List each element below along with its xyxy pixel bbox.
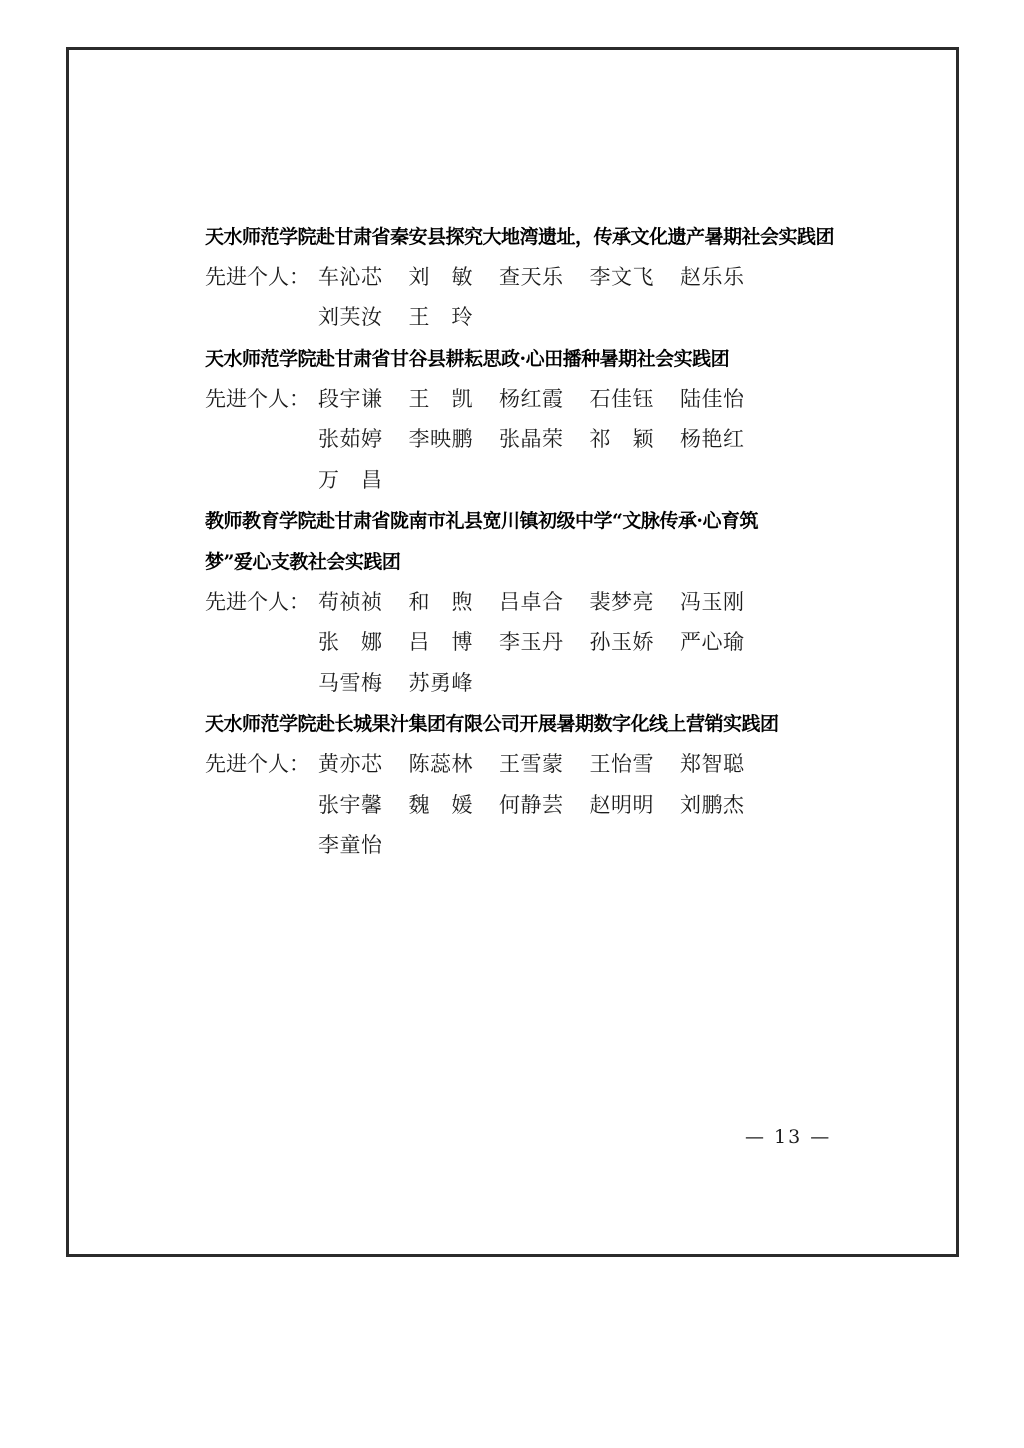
people-row: 先进个人：段宇谦王 凯杨红霞石佳钰陆佳怡 [205,377,839,418]
people-row: 李童怡 [205,824,839,865]
person-name: 赵乐乐 [680,261,745,291]
practice-team-section: 教师教育学院赴甘肃省陇南市礼县宽川镇初级中学“文脉传承·心育筑梦”爱心支教社会实… [205,499,839,702]
person-name: 陆佳怡 [680,383,745,413]
person-name: 王 玲 [409,301,474,331]
person-name: 何静芸 [499,789,564,819]
person-name: 魏 媛 [409,789,474,819]
people-label: 先进个人： [205,748,318,778]
people-label: 先进个人： [205,261,318,291]
person-name: 李映鹏 [409,423,474,453]
person-name: 张茹婷 [318,423,383,453]
person-name: 刘鹏杰 [680,789,745,819]
person-name: 和 煦 [409,586,474,616]
person-name: 孙玉娇 [590,626,655,656]
person-name: 张宇馨 [318,789,383,819]
names-group: 张 娜吕 博李玉丹孙玉娇严心瑜 [318,626,745,656]
person-name: 严心瑜 [680,626,745,656]
person-name: 裴梦亮 [590,586,655,616]
person-name: 查天乐 [499,261,564,291]
names-group: 车沁芯刘 敏查天乐李文飞赵乐乐 [318,261,745,291]
person-name: 吕卓合 [499,586,564,616]
people-row: 马雪梅苏勇峰 [205,662,839,703]
person-name: 吕 博 [409,626,474,656]
person-name: 杨红霞 [499,383,564,413]
people-row: 先进个人：黄亦芯陈蕊林王雪蒙王怡雪郑智聪 [205,743,839,784]
document-page: 天水师范学院赴甘肃省秦安县探究大地湾遗址，传承文化遗产暑期社会实践团先进个人：车… [0,0,1024,1448]
person-name: 李童怡 [318,829,383,859]
person-name: 苏勇峰 [409,667,474,697]
person-name: 张 娜 [318,626,383,656]
person-name: 苟祯祯 [318,586,383,616]
person-name: 李文飞 [590,261,655,291]
section-title-line: 天水师范学院赴长城果汁集团有限公司开展暑期数字化线上营销实践团 [205,702,839,743]
practice-team-section: 天水师范学院赴甘肃省甘谷县耕耘思政·心田播种暑期社会实践团先进个人：段宇谦王 凯… [205,337,839,499]
person-name: 黄亦芯 [318,748,383,778]
people-label: 先进个人： [205,383,318,413]
practice-team-section: 天水师范学院赴甘肃省秦安县探究大地湾遗址，传承文化遗产暑期社会实践团先进个人：车… [205,215,839,337]
section-title-line: 天水师范学院赴甘肃省甘谷县耕耘思政·心田播种暑期社会实践团 [205,337,839,378]
section-title-line: 梦”爱心支教社会实践团 [205,540,839,581]
person-name: 祁 颖 [590,423,655,453]
people-label: 先进个人： [205,586,318,616]
person-name: 杨艳红 [680,423,745,453]
names-group: 李童怡 [318,829,383,859]
person-name: 郑智聪 [680,748,745,778]
people-row: 张宇馨魏 媛何静芸赵明明刘鹏杰 [205,783,839,824]
person-name: 刘 敏 [409,261,474,291]
people-row: 先进个人：苟祯祯和 煦吕卓合裴梦亮冯玉刚 [205,580,839,621]
names-group: 段宇谦王 凯杨红霞石佳钰陆佳怡 [318,383,745,413]
section-title-line: 天水师范学院赴甘肃省秦安县探究大地湾遗址，传承文化遗产暑期社会实践团 [205,215,839,256]
names-group: 苟祯祯和 煦吕卓合裴梦亮冯玉刚 [318,586,745,616]
person-name: 石佳钰 [590,383,655,413]
person-name: 车沁芯 [318,261,383,291]
people-row: 张 娜吕 博李玉丹孙玉娇严心瑜 [205,621,839,662]
person-name: 万 昌 [318,464,383,494]
person-name: 王怡雪 [590,748,655,778]
person-name: 陈蕊林 [409,748,474,778]
names-group: 张宇馨魏 媛何静芸赵明明刘鹏杰 [318,789,745,819]
document-content: 天水师范学院赴甘肃省秦安县探究大地湾遗址，传承文化遗产暑期社会实践团先进个人：车… [205,215,839,865]
person-name: 马雪梅 [318,667,383,697]
person-name: 张晶荣 [499,423,564,453]
person-name: 段宇谦 [318,383,383,413]
names-group: 马雪梅苏勇峰 [318,667,473,697]
person-name: 冯玉刚 [680,586,745,616]
names-group: 张茹婷李映鹏张晶荣祁 颖杨艳红 [318,423,745,453]
names-group: 万 昌 [318,464,383,494]
person-name: 王 凯 [409,383,474,413]
practice-team-section: 天水师范学院赴长城果汁集团有限公司开展暑期数字化线上营销实践团先进个人：黄亦芯陈… [205,702,839,864]
people-row: 万 昌 [205,459,839,500]
people-row: 先进个人：车沁芯刘 敏查天乐李文飞赵乐乐 [205,256,839,297]
section-title-line: 教师教育学院赴甘肃省陇南市礼县宽川镇初级中学“文脉传承·心育筑 [205,499,839,540]
names-group: 刘芙汝王 玲 [318,301,473,331]
page-number: — 13 — [745,1126,831,1148]
person-name: 刘芙汝 [318,301,383,331]
people-row: 刘芙汝王 玲 [205,296,839,337]
person-name: 王雪蒙 [499,748,564,778]
names-group: 黄亦芯陈蕊林王雪蒙王怡雪郑智聪 [318,748,745,778]
person-name: 李玉丹 [499,626,564,656]
person-name: 赵明明 [590,789,655,819]
people-row: 张茹婷李映鹏张晶荣祁 颖杨艳红 [205,418,839,459]
